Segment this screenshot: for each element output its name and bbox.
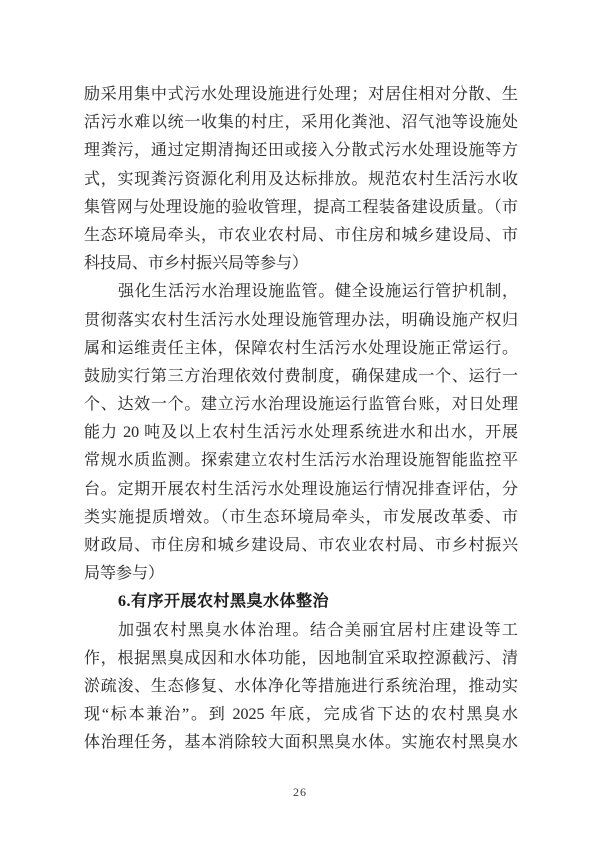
text-line: 属和运维责任主体，保障农村生活污水处理设施正常运行。 — [84, 335, 518, 363]
document-text-block: 励采用集中式污水处理设施进行处理；对居住相对分散、生 活污水难以统一收集的村庄，… — [84, 81, 518, 758]
text-line: 财政局、市住房和城乡建设局、市农业农村局、市乡村振兴 — [84, 532, 518, 560]
text-line: 能力 20 吨及以上农村生活污水处理系统进水和出水，开展 — [84, 419, 518, 447]
text-line: 作，根据黑臭成因和水体功能，因地制宜采取控源截污、清 — [84, 645, 518, 673]
text-line: 现“标本兼治”。到 2025 年底，完成省下达的农村黑臭水 — [84, 701, 518, 729]
text-line: 励采用集中式污水处理设施进行处理；对居住相对分散、生 — [84, 81, 518, 109]
paragraph-lead-line: 强化生活污水治理设施监管。健全设施运行管护机制， — [84, 278, 518, 306]
text-line: 类实施提质增效。（市生态环境局牵头，市发展改革委、市 — [84, 504, 518, 532]
page-number: 26 — [0, 785, 600, 800]
text-line: 科技局、市乡村振兴局等参与） — [84, 250, 518, 278]
text-line: 台。定期开展农村生活污水处理设施运行情况排查评估，分 — [84, 476, 518, 504]
text-line: 常规水质监测。探索建立农村生活污水治理设施智能监控平 — [84, 447, 518, 475]
text-line: 体治理任务，基本消除较大面积黑臭水体。实施农村黑臭水 — [84, 729, 518, 757]
text-line: 式，实现粪污资源化利用及达标排放。规范农村生活污水收 — [84, 166, 518, 194]
text-line: 个、达效一个。建立污水治理设施运行监管台账，对日处理 — [84, 391, 518, 419]
section-heading: 6.有序开展农村黑臭水体整治 — [84, 588, 518, 616]
text-line: 活污水难以统一收集的村庄，采用化粪池、沼气池等设施处 — [84, 109, 518, 137]
text-line: 局等参与） — [84, 560, 518, 588]
text-line: 鼓励实行第三方治理依效付费制度，确保建成一个、运行一 — [84, 363, 518, 391]
text-line: 理粪污，通过定期清掏还田或接入分散式污水处理设施等方 — [84, 137, 518, 165]
text-line: 生态环境局牵头，市农业农村局、市住房和城乡建设局、市 — [84, 222, 518, 250]
document-page: 励采用集中式污水处理设施进行处理；对居住相对分散、生 活污水难以统一收集的村庄，… — [0, 0, 600, 848]
text-line: 贯彻落实农村生活污水处理设施管理办法，明确设施产权归 — [84, 307, 518, 335]
paragraph-lead-line: 加强农村黑臭水体治理。结合美丽宜居村庄建设等工 — [84, 617, 518, 645]
text-line: 集管网与处理设施的验收管理，提高工程装备建设质量。（市 — [84, 194, 518, 222]
text-line: 淤疏浚、生态修复、水体净化等措施进行系统治理，推动实 — [84, 673, 518, 701]
